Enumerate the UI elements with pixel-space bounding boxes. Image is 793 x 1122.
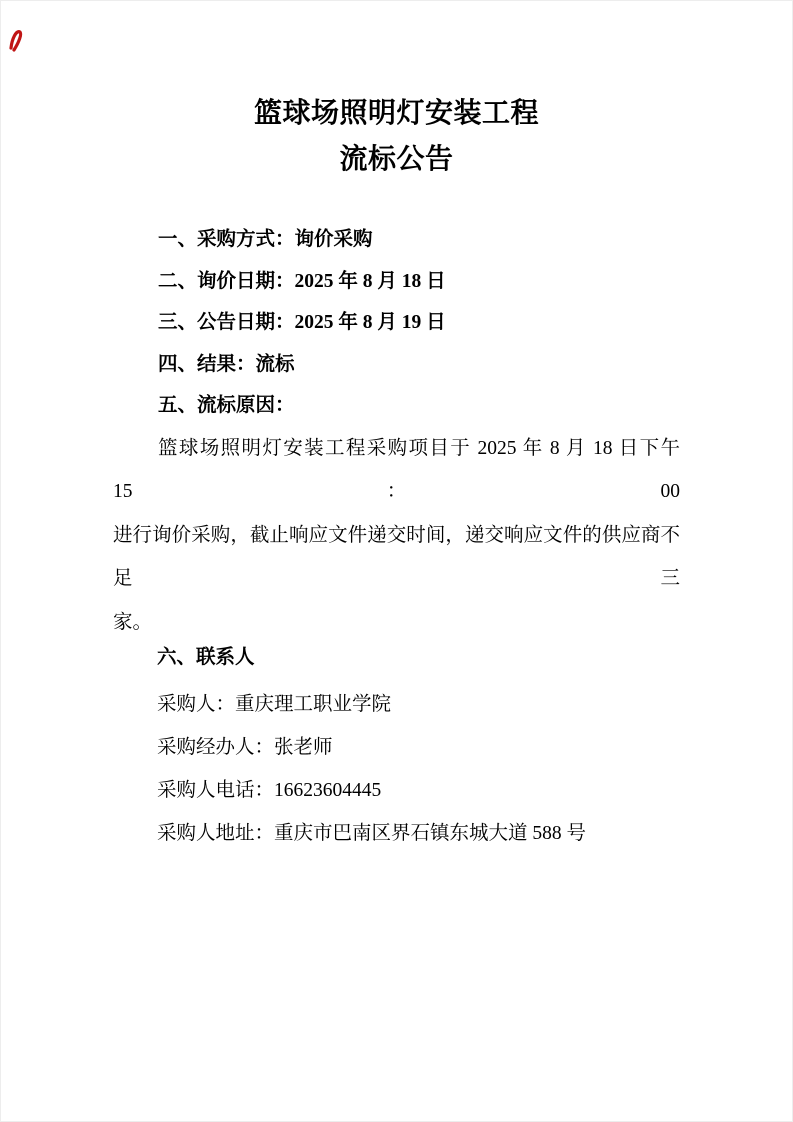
red-ink-mark xyxy=(8,27,24,55)
contact-lines: 采购人：重庆理工职业学院 采购经办人：张老师 采购人电话：16623604445… xyxy=(113,683,680,855)
failure-reason-paragraph: 篮球场照明灯安装工程采购项目于 2025 年 8 月 18 日下午 15：00 … xyxy=(113,427,680,645)
item-purchase-method: 一、采购方式：询价采购 xyxy=(113,219,680,261)
numbered-items: 一、采购方式：询价采购 二、询价日期：2025 年 8 月 18 日 三、公告日… xyxy=(113,219,680,427)
item-failure-reason-heading: 五、流标原因： xyxy=(113,385,680,427)
reason-line-1: 篮球场照明灯安装工程采购项目于 2025 年 8 月 18 日下午 15：00 xyxy=(113,427,680,514)
document-page: 篮球场照明灯安装工程 流标公告 一、采购方式：询价采购 二、询价日期：2025 … xyxy=(0,0,793,1122)
reason-line-2: 进行询价采购，截止响应文件递交时间，递交响应文件的供应商不足三 xyxy=(113,514,680,601)
contact-purchaser: 采购人：重庆理工职业学院 xyxy=(113,683,680,726)
doc-title-line1: 篮球场照明灯安装工程 xyxy=(113,91,680,137)
contact-phone: 采购人电话：16623604445 xyxy=(113,769,680,812)
item-announcement-date: 三、公告日期：2025 年 8 月 19 日 xyxy=(113,302,680,344)
document-title: 篮球场照明灯安装工程 流标公告 xyxy=(113,91,680,183)
doc-title-line2: 流标公告 xyxy=(113,137,680,183)
item-result: 四、结果：流标 xyxy=(113,344,680,386)
contact-section-heading: 六、联系人 xyxy=(113,637,680,679)
contact-agent: 采购经办人：张老师 xyxy=(113,726,680,769)
contact-address: 采购人地址：重庆市巴南区界石镇东城大道 588 号 xyxy=(113,812,680,855)
document-content: 篮球场照明灯安装工程 流标公告 一、采购方式：询价采购 二、询价日期：2025 … xyxy=(1,91,792,855)
item-inquiry-date: 二、询价日期：2025 年 8 月 18 日 xyxy=(113,261,680,303)
